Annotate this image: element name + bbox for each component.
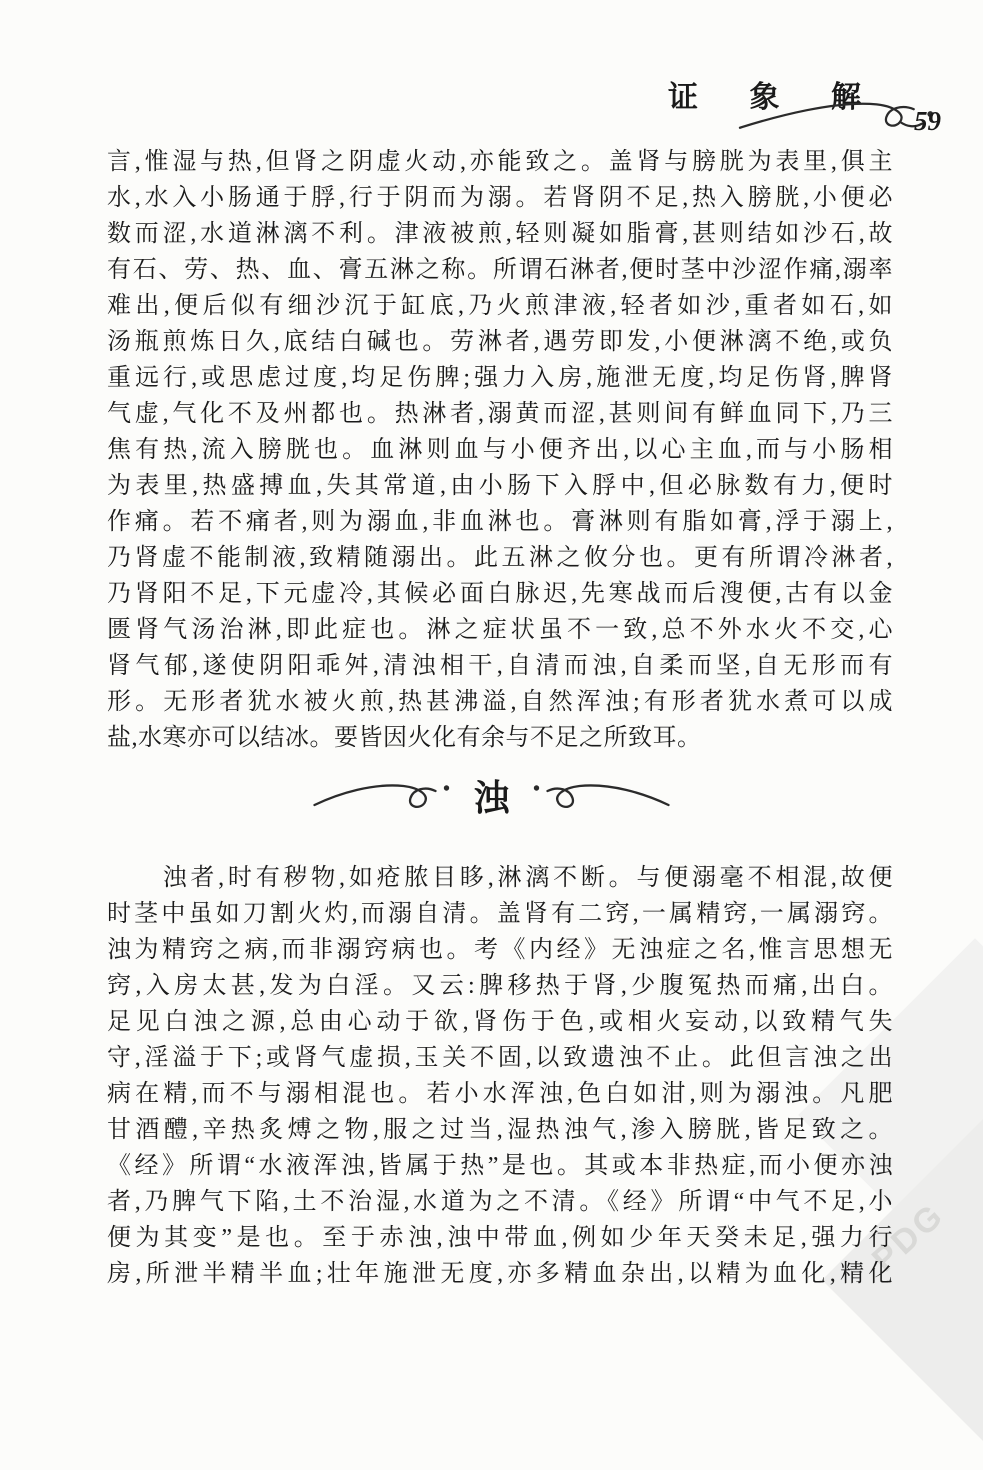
text-line: 作痛。若不痛者,则为溺血,非血淋也。膏淋则有脂如膏,浮于溺上,	[107, 504, 893, 540]
text-line: 汤瓶煎炼日久,底结白碱也。劳淋者,遇劳即发,小便淋漓不绝,或负	[107, 324, 893, 360]
text-line: 窍,入房太甚,发为白淫。又云:脾移热于肾,少腹冤热而痛,出白。	[107, 968, 893, 1004]
divider-flourish-left-icon	[309, 775, 459, 821]
divider-flourish-right-icon	[524, 775, 674, 821]
text-line: 言,惟湿与热,但肾之阴虚火动,亦能致之。盖肾与膀胱为表里,俱主	[107, 144, 893, 180]
body-section-lin: 言,惟湿与热,但肾之阴虚火动,亦能致之。盖肾与膀胱为表里,俱主 水,水入小肠通于…	[107, 144, 893, 756]
text-line: 乃肾阳不足,下元虚冷,其候必面白脉迟,先寒战而后溲便,古有以金	[107, 576, 893, 612]
text-line: 盐,水寒亦可以结冰。要皆因火化有余与不足之所致耳。	[107, 720, 893, 756]
text-line: 焦有热,流入膀胱也。血淋则血与小便齐出,以心主血,而与小肠相	[107, 432, 893, 468]
text-line: 肾气郁,遂使阴阳乖舛,清浊相干,自清而浊,自柔而坚,自无形而有	[107, 648, 893, 684]
text-line: 气虚,气化不及州都也。热淋者,溺黄而涩,甚则间有鲜血同下,乃三	[107, 396, 893, 432]
header-flourish-icon	[738, 90, 943, 145]
page-number: 59	[914, 106, 941, 137]
text-line: 重远行,或思虑过度,均足伤脾;强力入房,施泄无度,均足伤肾,脾肾	[107, 360, 893, 396]
text-line: 守,淫溢于下;或肾气虚损,玉关不固,以致遗浊不止。此但言浊之出	[107, 1040, 893, 1076]
text-line: 有石、劳、热、血、膏五淋之称。所谓石淋者,便时茎中沙涩作痛,溺率	[107, 252, 893, 288]
body-section-zhuo: 浊者,时有秽物,如疮脓目眵,淋漓不断。与便溺毫不相混,故便 时茎中虽如刀割火灼,…	[107, 860, 893, 1292]
section-heading: 浊	[473, 775, 509, 821]
scanned-book-page: PDG 证 象 解 59 言,惟湿与热,但肾之阴虚火动,亦能致之。盖肾与膀胱为表…	[0, 0, 983, 1470]
text-line: 为表里,热盛搏血,失其常道,由小肠下入脬中,但必脉数有力,便时	[107, 468, 893, 504]
text-line: 形。无形者犹水被火煎,热甚沸溢,自然浑浊;有形者犹水煮可以成	[107, 684, 893, 720]
text-line: 甘酒醴,辛热炙煿之物,服之过当,湿热浊气,渗入膀胱,皆足致之。	[107, 1112, 893, 1148]
text-line: 房,所泄半精半血;壮年施泄无度,亦多精血杂出,以精为血化,精化	[107, 1256, 893, 1292]
text-line: 数而涩,水道淋漓不利。津液被煎,轻则凝如脂膏,甚则结如沙石,故	[107, 216, 893, 252]
text-line: 病在精,而不与溺相混也。若小水浑浊,色白如泔,则为溺浊。凡肥	[107, 1076, 893, 1112]
text-line: 便为其变”是也。至于赤浊,浊中带血,例如少年天癸未足,强力行	[107, 1220, 893, 1256]
text-line: 浊者,时有秽物,如疮脓目眵,淋漓不断。与便溺毫不相混,故便	[107, 860, 893, 896]
text-line: 难出,便后似有细沙沉于缸底,乃火煎津液,轻者如沙,重者如石,如	[107, 288, 893, 324]
text-line: 水,水入小肠通于脬,行于阴而为溺。若肾阴不足,热入膀胱,小便必	[107, 180, 893, 216]
text-line: 乃肾虚不能制液,致精随溺出。此五淋之攸分也。更有所谓冷淋者,	[107, 540, 893, 576]
text-line: 者,乃脾气下陷,土不治湿,水道为之不清。《经》所谓“中气不足,小	[107, 1184, 893, 1220]
text-line: 足见白浊之源,总由心动于欲,肾伤于色,或相火妄动,以致精气失	[107, 1004, 893, 1040]
section-divider: 浊	[0, 768, 983, 828]
text-line: 《经》所谓“水液浑浊,皆属于热”是也。其或本非热症,而小便亦浊	[107, 1148, 893, 1184]
text-line: 时茎中虽如刀割火灼,而溺自清。盖肾有二窍,一属精窍,一属溺窍。	[107, 896, 893, 932]
text-line: 浊为精窍之病,而非溺窍病也。考《内经》无浊症之名,惟言思想无	[107, 932, 893, 968]
text-line: 匮肾气汤治淋,即此症也。淋之症状虽不一致,总不外水火不交,心	[107, 612, 893, 648]
